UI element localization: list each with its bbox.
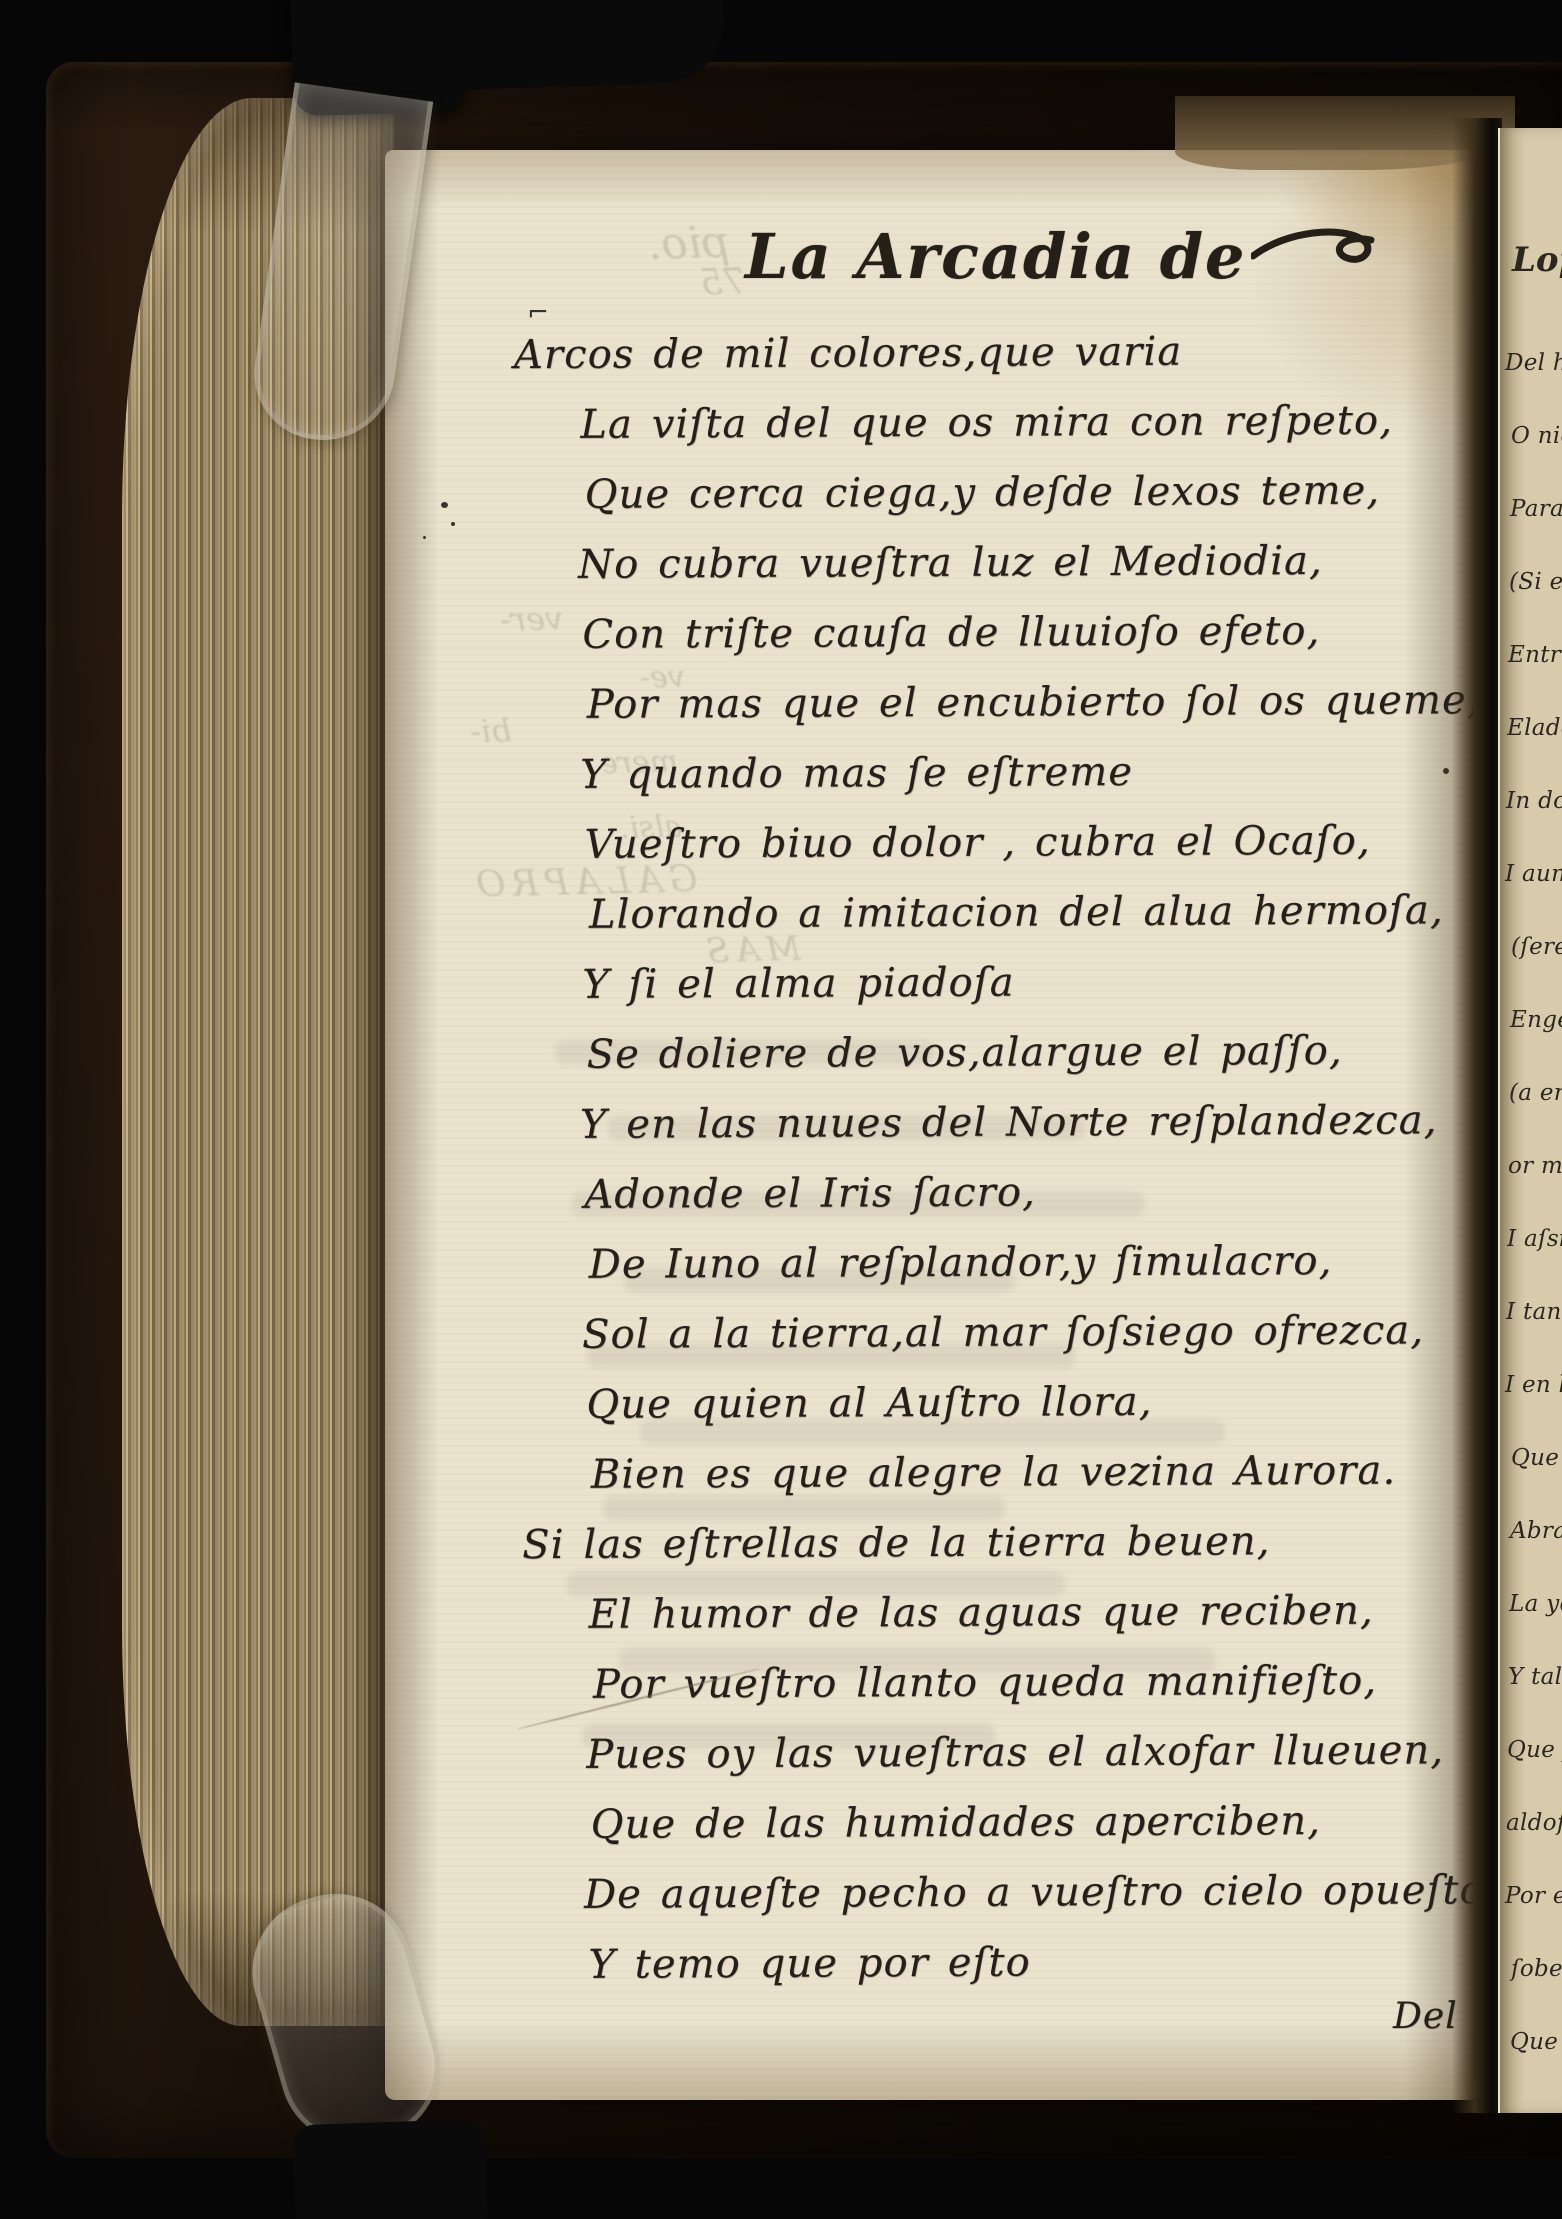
ink-speck	[1443, 768, 1449, 774]
right-page-line: Para que	[1510, 496, 1562, 522]
poem-line: Bien es que alegre la vezina Aurora.	[591, 1448, 1397, 1498]
poem-line: Y quando mas ſe eſtreme	[580, 749, 1133, 798]
poem-text: Arcos de mil colores,que variaLa viſta d…	[380, 147, 1485, 2103]
ink-speck	[423, 536, 426, 539]
right-page-line: I aſsi la cu	[1507, 1226, 1562, 1252]
poem-line: El humor de las aguas que reciben,	[588, 1588, 1373, 1638]
right-page-line: I en la ma	[1505, 1372, 1562, 1398]
poem-line: No cubra vueſtra luz el Mediodia,	[578, 538, 1323, 588]
poem-line: De aqueſte pecho a vueſtro cielo opueſto…	[584, 1867, 1499, 1918]
poem-line: Llorando a imitacion del alua hermoſa,	[589, 887, 1444, 937]
poem-line: Que de las humidades aperciben,	[591, 1798, 1322, 1848]
right-page-line: Y tales ſon	[1508, 1664, 1562, 1690]
poem-line: Se doliere de vos,alargue el paſſo,	[587, 1028, 1343, 1078]
right-page-line: Elado y ab	[1507, 715, 1562, 741]
poem-line: Sol a la tierra,al mar ſoſsiego ofrezca,	[582, 1307, 1424, 1357]
poem-line: Si las eſtrellas de la tierra beuen,	[522, 1518, 1271, 1568]
ink-speck	[451, 522, 455, 526]
book-photo: pio.75ver-bi-mereve-alsi.GALAPROMAS La A…	[0, 0, 1562, 2219]
poem-line: Por mas que el encubierto ſol os queme,	[587, 677, 1481, 728]
poem-line: Pues oy las vueſtras el alxofar llueuen,	[586, 1727, 1444, 1777]
poem-line: Que quien al Auſtro llora,	[586, 1379, 1152, 1428]
holder-clamp-bottom	[292, 2119, 487, 2219]
right-page-line: (Si el curſ	[1509, 569, 1562, 595]
right-page-line: Por entra	[1505, 1883, 1562, 1909]
poem-line: Que cerca ciega,y deſde lexos teme,	[585, 468, 1381, 518]
right-page-line: I tan de V	[1506, 1299, 1562, 1325]
book-gutter	[1452, 118, 1502, 2113]
poem-line: Y en las nuues del Norte reſplandezca,	[580, 1097, 1438, 1147]
poem-line: Arcos de mil colores,que varia	[514, 329, 1183, 378]
right-page-line: I aun es j	[1505, 861, 1562, 887]
right-page-line: In dos co	[1506, 788, 1562, 814]
right-page-line: La yerua,	[1509, 1591, 1562, 1617]
poem-line: De Iuno al reſplandor,y ſimulacro,	[589, 1238, 1333, 1288]
right-page-line: Que ſiendo	[1507, 1737, 1562, 1763]
catchword: Del	[1393, 1996, 1458, 2037]
right-page-line: O nieue,o	[1511, 423, 1562, 449]
ink-speck	[441, 502, 448, 508]
right-page-line: Que el can	[1510, 2029, 1562, 2055]
poem-line: Y temo que por eſto	[588, 1939, 1031, 1987]
poem-line: Por vueſtro llanto queda manifieſto,	[593, 1658, 1377, 1708]
right-page-line: Que por la	[1511, 1445, 1562, 1471]
holder-clamp-top-2	[422, 0, 725, 91]
right-page-line: or minas	[1508, 1153, 1562, 1179]
poem-line: La viſta del que os mira con reſpeto,	[580, 398, 1393, 448]
left-page: pio.75ver-bi-mereve-alsi.GALAPROMAS La A…	[385, 150, 1480, 2100]
right-page-line: Entre el f	[1508, 642, 1562, 668]
right-page-line: (a en Teſ	[1509, 1080, 1562, 1106]
poem-line: Y ſi el alma piadoſa	[582, 960, 1015, 1008]
right-page-line: (ſerenos	[1511, 934, 1562, 960]
right-page-line: Del humo	[1505, 350, 1562, 376]
right-running-title: Lope	[1512, 240, 1562, 280]
right-page-sliver: Lope Del humoO nieue,oPara que(Si el cur…	[1498, 128, 1562, 2113]
right-page-line: ſoben ſale	[1511, 1956, 1562, 1982]
right-page-line: Engendra	[1510, 1007, 1562, 1033]
poem-line: Vueſtro biuo dolor , cubra el Ocaſo,	[584, 818, 1370, 868]
right-page-line: Abraſa,opr	[1510, 1518, 1562, 1544]
poem-line: Con triſte cauſa de lluuioſo efeto,	[582, 608, 1320, 658]
poem-line: Adonde el Iris ſacro,	[584, 1169, 1036, 1217]
right-page-line: aldoſ ſpr	[1506, 1810, 1562, 1836]
